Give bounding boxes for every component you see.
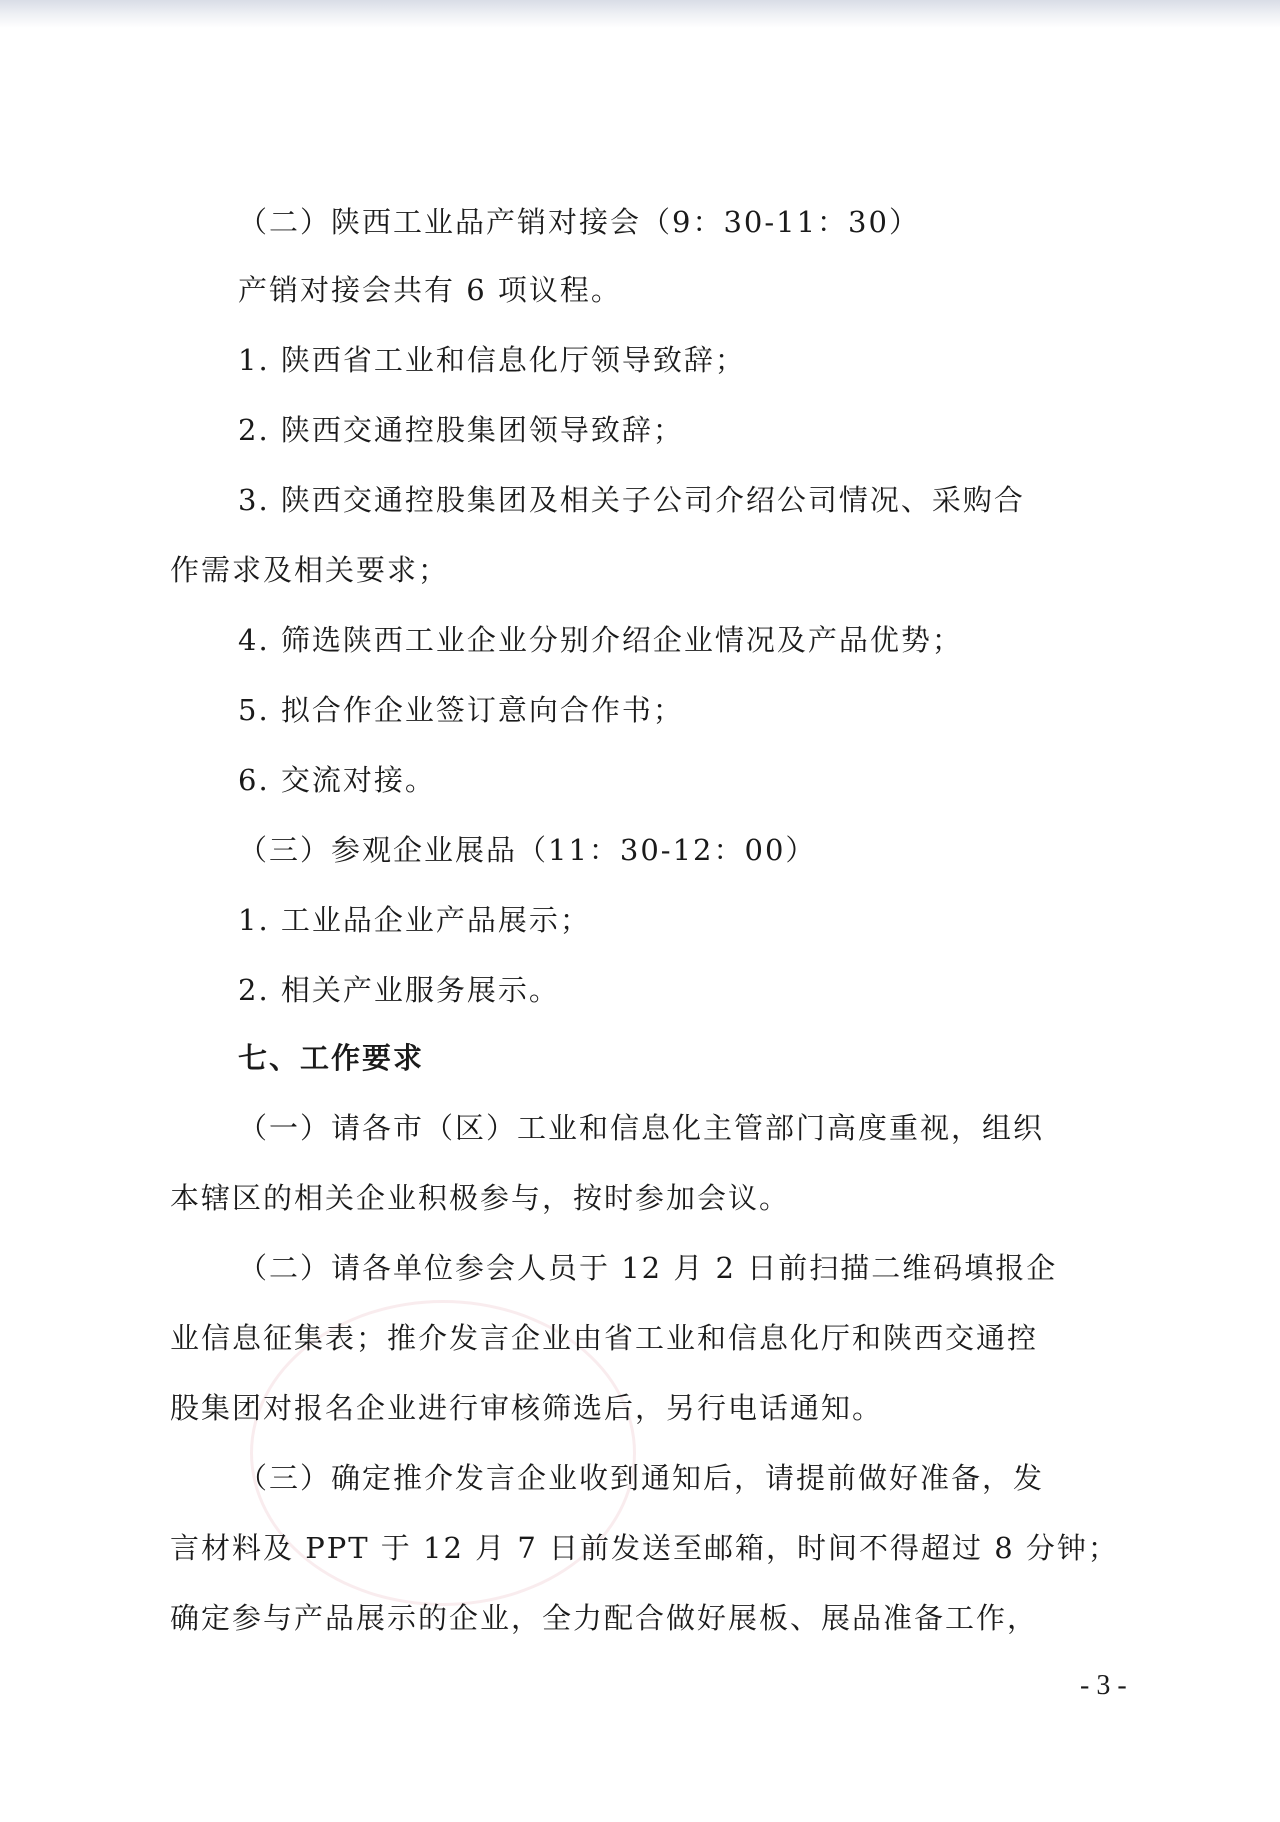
requirement-2: （二）请各单位参会人员于 12 月 2 日前扫描二维码填报企 <box>238 1246 1057 1287</box>
page-number: - 3 - <box>1080 1670 1127 1702</box>
agenda-item-3-cont: 作需求及相关要求； <box>170 548 449 589</box>
agenda-item-1: 1. 陕西省工业和信息化厅领导致辞； <box>238 338 746 379</box>
agenda-item-6: 6. 交流对接。 <box>238 758 436 799</box>
agenda-intro: 产销对接会共有 6 项议程。 <box>238 268 622 309</box>
exhibit-item-1: 1. 工业品企业产品展示； <box>238 898 591 939</box>
requirement-3: （三）确定推介发言企业收到通知后，请提前做好准备，发 <box>238 1456 1044 1497</box>
requirement-1: （一）请各市（区）工业和信息化主管部门高度重视，组织 <box>238 1106 1044 1147</box>
agenda-item-3: 3. 陕西交通控股集团及相关子公司介绍公司情况、采购合 <box>238 478 1025 519</box>
agenda-item-2: 2. 陕西交通控股集团领导致辞； <box>238 408 684 449</box>
exhibit-item-2: 2. 相关产业服务展示。 <box>238 968 560 1009</box>
requirement-2-cont-b: 股集团对报名企业进行审核筛选后，另行电话通知。 <box>170 1386 883 1427</box>
requirement-3-cont-a: 言材料及 PPT 于 12 月 7 日前发送至邮箱，时间不得超过 8 分钟； <box>170 1526 1119 1567</box>
agenda-item-4: 4. 筛选陕西工业企业分别介绍企业情况及产品优势； <box>238 618 963 659</box>
requirement-2-cont-a: 业信息征集表；推介发言企业由省工业和信息化厅和陕西交通控 <box>170 1316 1038 1357</box>
requirement-1-cont: 本辖区的相关企业积极参与，按时参加会议。 <box>170 1176 790 1217</box>
subheading-product-matching-meeting: （二）陕西工业品产销对接会（9：30-11：30） <box>238 200 920 241</box>
subheading-exhibit-visit: （三）参观企业展品（11：30-12：00） <box>238 828 816 869</box>
section-heading-work-requirements: 七、工作要求 <box>238 1036 424 1077</box>
agenda-item-5: 5. 拟合作企业签订意向合作书； <box>238 688 684 729</box>
scan-top-shadow <box>0 0 1280 28</box>
requirement-3-cont-b: 确定参与产品展示的企业，全力配合做好展板、展品准备工作， <box>170 1596 1038 1637</box>
